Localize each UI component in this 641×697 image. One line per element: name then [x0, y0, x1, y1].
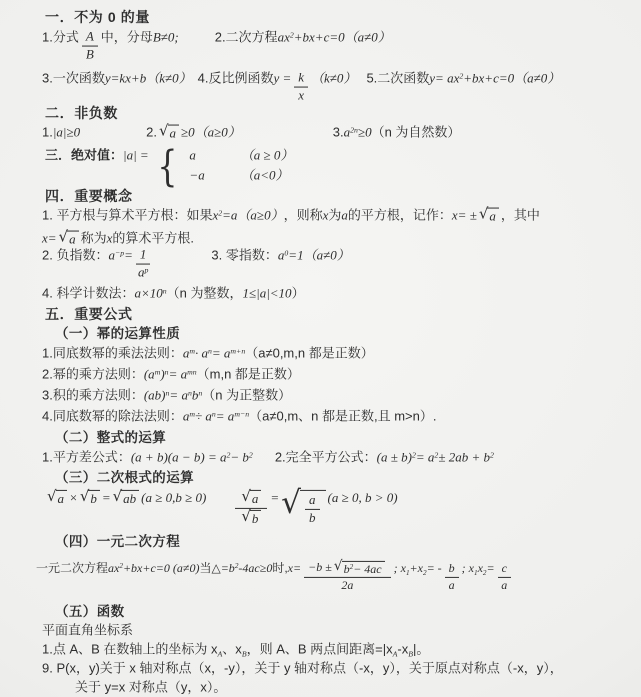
fraction-numerator: b [445, 562, 459, 578]
superscript: m [155, 369, 161, 377]
text-run: 的平方根，记作： [348, 208, 452, 225]
radical-sign-icon: √ [159, 124, 169, 139]
text-run: 一元二次方程 [36, 561, 108, 577]
math-run: = - [427, 561, 442, 577]
math-run: x= [288, 561, 301, 577]
text-run: （a≠0,m,n 都是正数） [245, 346, 374, 363]
math-run: b [449, 562, 455, 576]
math-run: = [124, 248, 133, 265]
line-number-axis-distance: 1.点 A、B 在数轴上的坐标为 xA、xB，则 A、B 两点间距离=|xA-x… [42, 642, 429, 659]
superscript: n [212, 411, 216, 419]
radical-body: a [56, 490, 68, 507]
fraction: ab [305, 493, 320, 526]
fraction-denominator: x [298, 88, 304, 104]
math-run: = [487, 561, 495, 577]
text-run: ，其中 [501, 208, 540, 225]
radical-body: b [88, 490, 100, 507]
radical-body: a [168, 125, 180, 142]
text-run: |。 [413, 642, 429, 659]
math-run: B≠0; [153, 30, 179, 47]
line-same-base-multiplication: 1.同底数幂的乘法法则： am · an = am+n （a≠0,m,n 都是正… [42, 346, 374, 363]
fraction-denominator: B [86, 47, 94, 63]
radical-sign-icon: √ [47, 489, 57, 504]
fraction-numerator: c [498, 562, 511, 578]
math-run: b [309, 511, 316, 526]
line-power-of-product: 3.积的乘方法则： (ab)n = anbn（n 为正整数） [42, 388, 291, 405]
fraction: 1ap [136, 248, 151, 281]
math-run: (ab) [144, 388, 166, 405]
heading-section-4: 四．重要概念 [45, 187, 133, 205]
text-run: 3.积的乘方法则： [42, 388, 144, 405]
math-run: 1≤|a|<10 [243, 286, 292, 303]
fraction-denominator: a [501, 578, 507, 593]
math-run: = a [416, 450, 435, 467]
math-run: −a [189, 168, 204, 185]
text-run: -x [397, 642, 408, 659]
line-square-root-def-1: 1. 平方根与算术平方根：如果 x2=a（a≥0），则称 x 为 a 的平方根，… [42, 208, 540, 225]
fraction-numerator: −b ± √b2 − 4ac [304, 561, 391, 578]
text-run: 4. 科学计数法： [42, 286, 134, 303]
text-run: 中，分母 [101, 30, 153, 47]
math-run: |a| = [123, 148, 149, 165]
fraction: √a√b [235, 490, 267, 526]
radical-body: b2 − 4ac [342, 561, 385, 576]
math-run: −b ± [308, 561, 332, 575]
math-run: ax [278, 30, 290, 47]
superscript: m+n [230, 348, 245, 356]
math-run: +bx+c=0 (a≠0) [123, 561, 200, 577]
math-run: a [489, 209, 496, 225]
text-run: 时, [272, 561, 287, 577]
math-run: A [86, 30, 94, 45]
heading-section-2: 二．非负数 [45, 104, 118, 122]
math-run: (a ≥ 0,b ≥ 0) [141, 490, 206, 507]
fraction-denominator: b [309, 510, 316, 526]
line-nonzero-items-1-2: 1.分式 AB 中，分母 B≠0;2.二次方程 ax2+bx+c=0（a≠0） [42, 30, 391, 63]
text-run: 1.平方差公式： [42, 450, 131, 467]
subheading-radical-ops: （三）二次根式的运算 [55, 469, 194, 487]
superscript: m [189, 348, 195, 356]
math-run: ≥0（a≥0） [181, 125, 241, 142]
math-run: = a [216, 409, 235, 426]
superscript: −p [115, 250, 124, 258]
subheading-functions: （五）函数 [55, 603, 125, 621]
line-symmetry-y-equals-x: 关于 y=x 对称点（y，x）。 [75, 680, 226, 697]
math-run: 2a [341, 579, 353, 593]
fraction: kx [294, 71, 308, 104]
radical-sign-icon: √ [113, 489, 123, 504]
radical-sign-icon: √ [241, 489, 251, 504]
superscript: 2 [119, 563, 123, 570]
fraction-denominator: √b [239, 509, 263, 527]
notes-content: 一．不为 0 的量1.分式 AB 中，分母 B≠0;2.二次方程 ax2+bx+… [0, 0, 641, 697]
text-run: 的算术平方根. [112, 231, 194, 248]
fraction-numerator: a [305, 493, 320, 510]
piecewise-cell: a [189, 148, 204, 165]
superscript: n [198, 390, 202, 398]
line-square-root-def-2: x= √a 称为 x 的算术平方根. [42, 231, 194, 248]
fraction-denominator: ap [138, 265, 148, 281]
fraction: ca [498, 562, 511, 593]
math-run: y= ax [429, 71, 459, 88]
math-run: △=b [211, 561, 234, 577]
text-run: 1.点 A、B 在数轴上的坐标为 x [42, 642, 218, 659]
math-run: ; x [462, 561, 474, 577]
math-run: ÷ a [195, 409, 212, 426]
math-run: = [102, 490, 111, 507]
superscript: mn [187, 369, 197, 377]
superscript: n [166, 390, 170, 398]
superscript: 2 [226, 452, 230, 460]
math-run: +x [410, 561, 423, 577]
math-run: x= [42, 231, 57, 248]
radical-body: a [67, 231, 79, 248]
text-run: 3. [333, 125, 344, 142]
fraction-numerator: k [294, 71, 308, 88]
radical-body: b [250, 510, 262, 527]
heading-section-1: 一．不为 0 的量 [45, 8, 150, 26]
fraction-numerator: √a [235, 490, 267, 509]
left-brace-glyph: { [157, 149, 177, 183]
math-run: +bx+c=0（a≠0） [294, 30, 391, 47]
text-run: （三）二次根式的运算 [55, 469, 194, 487]
math-run: B [86, 48, 94, 63]
superscript: 2 [235, 563, 239, 570]
text-run: 为 [328, 208, 341, 225]
text-run: 一．不为 0 的量 [45, 8, 150, 26]
text-run: （m,n 都是正数） [197, 367, 300, 384]
piecewise-rows: a（a ≥ 0）−a（a<0） [189, 148, 293, 185]
fraction-numerator: A [82, 30, 98, 47]
superscript: 2 [434, 452, 438, 460]
math-run: ≥0 [358, 125, 372, 142]
text-run: ） [292, 286, 305, 303]
text-run: 5.二次函数 [366, 71, 429, 88]
math-run: b [90, 491, 97, 507]
text-run: 关于 y=x 对称点（y，x）。 [75, 680, 226, 697]
text-run: （n 为整数， [167, 286, 243, 303]
text-run: 2. 负指数： [42, 248, 108, 265]
superscript: 2 [290, 32, 294, 40]
math-run: a×10 [134, 286, 162, 303]
math-run: a [189, 148, 196, 165]
math-run: x [298, 89, 304, 104]
math-run: (a [144, 367, 155, 384]
fraction: ba [445, 562, 459, 593]
subscript: 1 [474, 570, 478, 577]
text-run: 平面直角坐标系 [42, 623, 133, 640]
math-run: a [69, 232, 76, 248]
math-run: =a（a≥0） [222, 208, 283, 225]
superscript: 2 [459, 73, 463, 81]
radical-body: a [250, 490, 262, 507]
math-run: × [69, 490, 78, 507]
piecewise-cell: （a<0） [241, 168, 294, 185]
superscript: 2n [350, 127, 358, 135]
radical-body: ab [121, 490, 139, 507]
math-run: = a [169, 388, 188, 405]
piecewise-definition: {a（a ≥ 0）−a（a<0） [154, 148, 294, 185]
superscript: 2 [412, 452, 416, 460]
radical-sign-icon: √ [281, 488, 301, 519]
text-run: ，则称 [284, 208, 323, 225]
line-symmetry-points: 9. P(x，y)关于 x 轴对称点（x，-y），关于 y 轴对称点（-x，y）… [42, 661, 563, 678]
fraction-denominator: 2a [341, 578, 353, 593]
text-run: （四）一元二次方程 [55, 533, 180, 551]
math-run: − 4ac [353, 562, 381, 576]
math-run: ± 2ab + b [438, 450, 490, 467]
math-notes-page: 一．不为 0 的量1.分式 AB 中，分母 B≠0;2.二次方程 ax2+bx+… [0, 0, 641, 697]
math-run: y = [273, 71, 291, 88]
math-run: a [309, 493, 316, 508]
text-run: （一）幂的运算性质 [55, 325, 180, 343]
superscript: 2 [350, 564, 354, 571]
math-run: a [252, 491, 259, 507]
text-run: 4.反比例函数 [198, 71, 274, 88]
text-run: 3.一次函数 [42, 71, 105, 88]
line-nonzero-items-3-5: 3.一次函数 y=kx+b（k≠0）4.反比例函数 y = kx（k≠0）5.二… [42, 71, 560, 104]
superscript: m [189, 411, 195, 419]
text-run: 1.分式 [42, 30, 79, 47]
subscript: A [218, 651, 223, 659]
radical: √b [80, 490, 100, 507]
math-run: c [502, 562, 507, 576]
math-run: (a + b)(a − b) = a [131, 450, 227, 467]
math-run: y=kx+b（k≠0） [105, 71, 192, 88]
superscript: 0 [284, 250, 288, 258]
radical-sign-icon: √ [59, 230, 69, 245]
subscript: B [242, 651, 247, 659]
math-run: a [501, 579, 507, 593]
text-run: 二．非负数 [45, 104, 118, 122]
math-run: − b [230, 450, 249, 467]
subscript: 2 [423, 570, 427, 577]
subscript: B [408, 651, 413, 659]
fraction: −b ± √b2 − 4ac2a [304, 561, 391, 593]
radical: √a [479, 208, 499, 225]
math-run: |a|≥0 [53, 125, 80, 142]
text-run: 五．重要公式 [45, 305, 133, 323]
radical: √a [47, 490, 67, 507]
math-run: （k≠0） [311, 71, 356, 88]
fraction-denominator: a [449, 578, 455, 593]
math-run: b [252, 511, 259, 527]
text-run: 1.同底数幂的乘法法则： [42, 346, 183, 363]
superscript: n [163, 288, 167, 296]
text-run: 4.同底数幂的除法法则： [42, 409, 183, 426]
superscript: 2 [249, 452, 253, 460]
superscript: 2 [490, 452, 494, 460]
subheading-polynomial-ops: （二）整式的运算 [55, 429, 166, 447]
superscript: 2 [218, 210, 222, 218]
line-coordinate-system-title: 平面直角坐标系 [42, 623, 133, 640]
line-absolute-value: 三．绝对值：|a| = {a（a ≥ 0）−a（a<0） [45, 148, 293, 185]
piecewise-cell: （a ≥ 0） [241, 148, 294, 165]
superscript: p [144, 267, 148, 275]
text-run: 1. 平方根与算术平方根：如果 [42, 208, 212, 225]
line-square-difference-formulas: 1.平方差公式： (a + b)(a − b) = a2 − b22.完全平方公… [42, 450, 494, 467]
math-run: (a ± b) [377, 450, 412, 467]
superscript: n [208, 348, 212, 356]
math-run: +bx+c=0（a≠0） [463, 71, 560, 88]
math-run: 1 [140, 248, 147, 263]
line-quadratic-formula: 一元二次方程 ax2+bx+c=0 (a≠0) 当△=b2-4ac≥0 时, x… [36, 561, 514, 593]
superscript: m−n [234, 411, 249, 419]
radical: √ab [281, 490, 325, 526]
subheading-quadratic-equation: （四）一元二次方程 [55, 533, 180, 551]
bold-text-run: 三．绝对值： [45, 148, 123, 165]
math-run: k [298, 71, 304, 86]
math-run: a [170, 126, 177, 142]
text-run: （二）整式的运算 [55, 429, 166, 447]
radical-sign-icon: √ [334, 560, 343, 574]
superscript: n [165, 369, 169, 377]
text-run: （a≠0,m、n 都是正数,且 m>n）. [249, 409, 436, 426]
subheading-power-rules: （一）幂的运算性质 [55, 325, 180, 343]
math-run: · a [195, 346, 208, 363]
radical: √b [241, 510, 261, 527]
line-power-of-power: 2.幂的乘方法则： (am)n = amn（m,n 都是正数） [42, 367, 300, 384]
text-run: 1. [42, 125, 53, 142]
text-run: 、x [222, 642, 242, 659]
math-run: x= ± [452, 208, 477, 225]
radical: √b2 − 4ac [334, 561, 385, 576]
text-run: 2. [146, 125, 157, 142]
subscript: A [393, 651, 398, 659]
math-run: ax [108, 561, 119, 577]
radical-sign-icon: √ [80, 489, 90, 504]
fraction-numerator: 1 [136, 248, 151, 265]
radical: √a [241, 490, 261, 507]
radical-sign-icon: √ [479, 207, 489, 222]
text-run: 3. 零指数： [211, 248, 277, 265]
line-scientific-notation: 4. 科学计数法： a×10n（n 为整数，1≤|a|<10） [42, 286, 305, 303]
math-run: -4ac≥0 [238, 561, 272, 577]
text-run: 9. P(x，y)关于 x 轴对称点（x，-y），关于 y 轴对称点（-x，y）… [42, 661, 563, 678]
radical: √a [59, 231, 79, 248]
line-neg-and-zero-exponent: 2. 负指数： a−p = 1ap3. 零指数： a0=1（a≠0） [42, 248, 350, 281]
subscript: 2 [483, 570, 487, 577]
text-run: 四．重要概念 [45, 187, 133, 205]
text-run: （n 为正整数） [202, 388, 291, 405]
math-run: （a ≥ 0） [241, 148, 294, 165]
math-run: = a [212, 346, 231, 363]
math-run: （a<0） [241, 168, 289, 185]
math-run: ab [123, 491, 136, 507]
line-same-base-division: 4.同底数幂的除法法则： am ÷ an = am−n（a≠0,m、n 都是正数… [42, 409, 436, 426]
text-run: 称为 [81, 231, 107, 248]
text-run: （n 为自然数） [372, 125, 461, 142]
math-run: = a [169, 367, 188, 384]
math-run: (a ≥ 0, b > 0) [328, 490, 398, 507]
text-run: （五）函数 [55, 603, 125, 621]
radical: √a [159, 125, 179, 142]
math-run: =1（a≠0） [288, 248, 349, 265]
math-run: ; x [394, 561, 406, 577]
subscript: 1 [406, 570, 410, 577]
text-run: 2.二次方程 [215, 30, 278, 47]
math-run: = [270, 490, 279, 507]
text-run: ，则 A、B 两点间距离=|x [247, 642, 393, 659]
line-nonnegative-items: 1.|a|≥02. √a ≥0（a≥0）3. a2n≥0（n 为自然数） [42, 125, 460, 142]
radical-sign-icon: √ [241, 509, 251, 524]
text-run: 当 [199, 561, 211, 577]
heading-section-5: 五．重要公式 [45, 305, 133, 323]
radical: √ab [113, 490, 140, 507]
piecewise-cell: −a [189, 168, 204, 185]
math-run: a [58, 491, 65, 507]
text-run: 2.幂的乘方法则： [42, 367, 144, 384]
radical-body: a [487, 208, 499, 225]
radical-body: ab [300, 490, 326, 526]
line-radical-rules: √a × √b = √ab (a ≥ 0,b ≥ 0)√a√b = √ab(a … [45, 490, 398, 526]
text-run: 2.完全平方公式： [275, 450, 377, 467]
superscript: n [188, 390, 192, 398]
math-run: a [449, 579, 455, 593]
fraction: AB [82, 30, 98, 63]
